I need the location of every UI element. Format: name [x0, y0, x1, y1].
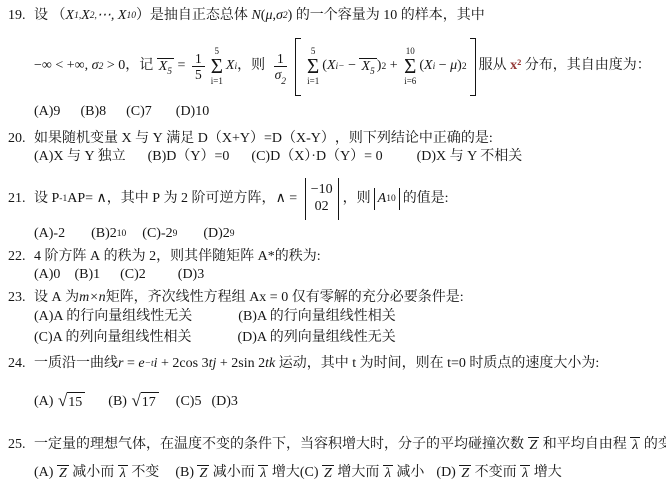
text-run: ，则: [343, 191, 371, 208]
question-24-statement: 一质沿一曲线r = e−ti + 2cos 3tj + 2sin 2tk 运动，…: [34, 356, 599, 373]
radical-glyph: √: [131, 392, 140, 412]
text-run: 一质沿一曲线: [34, 356, 118, 373]
text-run: (A)9: [34, 104, 60, 121]
text-run: (A)-2: [34, 226, 65, 243]
text-run: A*: [258, 249, 275, 266]
text-run: 设: [34, 191, 52, 208]
radicand: 15: [67, 392, 85, 412]
summation: 10Σi=6: [404, 47, 416, 87]
text-run: Z: [199, 466, 207, 481]
text-run: (C)-2: [142, 226, 172, 243]
overline-var: λ: [258, 465, 268, 482]
text-run: μ: [265, 8, 272, 25]
question-23: 23. 设 A 为m×n矩阵，齐次线性方程组 Ax = 0 仅有零解的充分必要条…: [8, 290, 662, 346]
text-run: 增大而: [334, 465, 383, 482]
text-run: X: [81, 8, 90, 25]
question-number: 23.: [8, 290, 34, 307]
text-run: (C): [300, 465, 322, 482]
text-run: P: [152, 191, 160, 208]
text-run: Y: [153, 131, 163, 148]
question-19: 19. 设 （X1,X2,⋯, X10）是抽自正态总体 N(μ,σ2) 的一个容…: [8, 8, 662, 121]
math-fraction: 15: [192, 51, 205, 82]
text-run: (C)D（X）·D（Y）= 0: [251, 149, 382, 166]
text-run: X: [118, 8, 127, 25]
text-run: ，记: [125, 58, 157, 75]
text-run: ，其中: [107, 191, 153, 208]
text-run: 不变而: [471, 465, 520, 482]
text-run: Z: [59, 466, 67, 481]
text-run: 的变化情况是:: [640, 437, 666, 454]
text-run: λ: [385, 466, 391, 481]
question-number: 21.: [8, 191, 34, 208]
question-23-options-row1: (A)A 的行向量组线性无关(B)A 的行向量组线性相关: [34, 309, 662, 326]
overline-var: Z: [197, 465, 209, 482]
text-run: tk: [265, 356, 275, 373]
question-20: 20. 如果随机变量 X 与 Y 满足 D（X+Y）=D（X-Y），则下列结论中…: [8, 131, 662, 167]
text-run: (C)A 的列向量组线性相关: [34, 330, 192, 347]
question-19-formula-line: −∞ < +∞, σ2 > 0，记 X5 = 155Σi=1Xi，则 1σ25Σ…: [34, 38, 662, 96]
determinant-abs: A10: [374, 188, 400, 211]
text-run: (D)3: [211, 394, 237, 411]
question-24-options-line: (A) √15(B) √17(C)5(D)3: [34, 392, 662, 412]
text-run: 如果随机变量: [34, 131, 122, 148]
question-number: 22.: [8, 249, 34, 266]
square-root: √15: [58, 392, 85, 412]
overline-var: Z: [459, 465, 471, 482]
question-23-options-ab: (A)A 的行向量组线性无关(B)A 的行向量组线性相关: [34, 309, 396, 326]
text-run: 减小: [393, 465, 425, 482]
text-run: Z: [530, 438, 538, 453]
text-run: (C)5: [176, 394, 202, 411]
matrix-row: 02: [315, 199, 329, 216]
text-run: X: [327, 58, 336, 75]
overline-var: Z: [322, 465, 334, 482]
text-run: +: [386, 58, 401, 75]
question-25-options: (A) Z 减小而 λ 不变(B) Z 减小而 λ 增大(C) Z 增大而 λ …: [34, 465, 562, 482]
text-run: A: [378, 191, 387, 208]
question-24-text-line: 24. 一质沿一曲线r = e−ti + 2cos 3tj + 2sin 2tk…: [8, 356, 662, 373]
text-run: σ: [275, 67, 282, 82]
text-run: λ: [120, 466, 126, 481]
text-run: λ: [632, 438, 638, 453]
exam-page: 19. 设 （X1,X2,⋯, X10）是抽自正态总体 N(μ,σ2) 的一个容…: [0, 0, 666, 486]
text-run: 分布，其自由度为：: [521, 58, 651, 75]
question-21-statement: 设 P-1AP= ∧，其中 P 为 2 阶可逆方阵，∧ = −1002，则A10…: [34, 178, 449, 220]
text-run: m×n: [79, 290, 106, 307]
question-number: 20.: [8, 131, 34, 148]
determinant-matrix: −1002: [305, 178, 339, 220]
text-run: (A)X 与 Y 独立: [34, 149, 126, 166]
matrix-row: −10: [311, 182, 333, 199]
text-run: 矩阵，齐次线性方程组: [106, 290, 250, 307]
chi-square-symbol: x²: [510, 58, 521, 75]
math-fraction: 1σ2: [272, 51, 289, 82]
left-bracket: [295, 38, 301, 96]
text-run: 4 阶方阵: [34, 249, 90, 266]
sigma-glyph: Σ: [307, 57, 319, 77]
question-25-options-line: (A) Z 减小而 λ 不变(B) Z 减小而 λ 增大(C) Z 增大而 λ …: [34, 465, 662, 482]
text-run: (D)X 与 Y 不相关: [417, 149, 523, 166]
question-number: 24.: [8, 356, 34, 373]
text-run: A: [52, 290, 62, 307]
text-run: + 2sin 2: [216, 356, 265, 373]
question-23-text-line: 23. 设 A 为m×n矩阵，齐次线性方程组 Ax = 0 仅有零解的充分必要条…: [8, 290, 662, 307]
text-run: λ: [260, 466, 266, 481]
fraction-numerator: 1: [274, 51, 287, 67]
text-run: N: [251, 8, 260, 25]
question-20-options: (A)X 与 Y 独立(B)D（Y）=0(C)D（X）·D（Y）= 0(D)X …: [34, 149, 522, 166]
text-run: 一定量的理想气体，在温度不变的条件下，当容积增大时，分子的平均碰撞次数: [34, 437, 528, 454]
text-run: X: [159, 59, 168, 74]
text-run: −: [435, 58, 450, 75]
sigma-glyph: Σ: [211, 57, 223, 77]
text-run: 仅有零解的充分必要条件是:: [288, 290, 463, 307]
question-22-text-line: 22. 4 阶方阵 A 的秩为 2，则其伴随矩阵 A*的秩为:: [8, 249, 662, 266]
text-run: 为: [62, 290, 80, 307]
text-run: X: [361, 59, 370, 74]
summation: 5Σi=1: [211, 47, 223, 87]
question-23-options-cd: (C)A 的列向量组线性相关(D)A 的列向量组线性无关: [34, 330, 396, 347]
text-run: (D): [436, 465, 459, 482]
text-run: 1: [195, 51, 202, 66]
text-run: =: [123, 356, 138, 373]
text-run: X: [424, 58, 433, 75]
question-24-options: (A) √15(B) √17(C)5(D)3: [34, 392, 238, 412]
text-run: > 0: [103, 58, 125, 75]
overline-var: λ: [630, 437, 640, 454]
sigma-glyph: Σ: [404, 57, 416, 77]
text-run: Ax = 0: [249, 290, 288, 307]
text-run: (B)D（Y）=0: [148, 149, 230, 166]
overline-var: λ: [118, 465, 128, 482]
text-run: X: [226, 58, 235, 75]
question-24: 24. 一质沿一曲线r = e−ti + 2cos 3tj + 2sin 2tk…: [8, 356, 662, 413]
question-25-statement: 一定量的理想气体，在温度不变的条件下，当容积增大时，分子的平均碰撞次数 Z 和平…: [34, 437, 666, 454]
text-run: (A)A 的行向量组线性无关: [34, 309, 192, 326]
radical-glyph: √: [58, 392, 67, 412]
question-22-options-line: (A)0(B)1(C)2(D)3: [34, 267, 662, 284]
text-run: Z: [461, 466, 469, 481]
summation-lower-limit: i=1: [211, 77, 223, 87]
text-run: e: [138, 356, 144, 373]
question-25: 25. 一定量的理想气体，在温度不变的条件下，当容积增大时，分子的平均碰撞次数 …: [8, 437, 662, 482]
text-run: AP= ∧: [67, 191, 107, 208]
text-run: (B)2: [91, 226, 117, 243]
text-run: ）是抽自正态总体: [136, 8, 252, 25]
question-21-text-line: 21. 设 P-1AP= ∧，其中 P 为 2 阶可逆方阵，∧ = −1002，…: [8, 178, 662, 220]
text-run: (B)1: [74, 267, 100, 284]
text-run: X: [66, 8, 75, 25]
text-run: (A): [34, 465, 57, 482]
text-run: −∞ < +∞,: [34, 58, 92, 75]
text-run: 设 （: [34, 8, 66, 25]
text-run: 减小而: [209, 465, 258, 482]
text-run: (D)2: [203, 226, 229, 243]
question-22: 22. 4 阶方阵 A 的秩为 2，则其伴随矩阵 A*的秩为: (A)0(B)1…: [8, 249, 662, 285]
right-bracket: [470, 38, 476, 96]
text-run: (B): [175, 465, 197, 482]
text-run: 5: [195, 67, 202, 82]
text-run: μ: [450, 58, 457, 75]
text-run: (C)2: [120, 267, 146, 284]
overline-var: Z: [528, 437, 540, 454]
text-run: X: [122, 131, 132, 148]
overline-var: X5: [157, 58, 174, 75]
text-run: 的值是:: [403, 191, 449, 208]
text-run: (C)7: [126, 104, 152, 121]
text-run: A: [90, 249, 100, 266]
question-19-text-line: 19. 设 （X1,X2,⋯, X10）是抽自正态总体 N(μ,σ2) 的一个容…: [8, 8, 662, 25]
text-run: 满足: [163, 131, 198, 148]
question-23-statement: 设 A 为m×n矩阵，齐次线性方程组 Ax = 0 仅有零解的充分必要条件是:: [34, 290, 464, 307]
question-19-options: (A)9(B)8(C)7(D)10: [34, 104, 209, 121]
question-number: 25.: [8, 437, 34, 454]
text-run: σ: [92, 58, 99, 75]
fraction-denominator: σ2: [272, 67, 289, 82]
summation-lower-limit: i=6: [404, 77, 416, 87]
overline-var: λ: [383, 465, 393, 482]
text-run: =: [174, 58, 189, 75]
text-run: (B)8: [80, 104, 106, 121]
text-run: (D)A 的列向量组线性无关: [238, 330, 396, 347]
text-run: 服从: [479, 58, 511, 75]
text-run: ∧ =: [276, 191, 301, 208]
text-run: 增大: [530, 465, 562, 482]
text-run: ⋯,: [97, 8, 118, 25]
question-21: 21. 设 P-1AP= ∧，其中 P 为 2 阶可逆方阵，∧ = −1002，…: [8, 178, 662, 242]
text-run: 5: [370, 67, 375, 77]
fraction-numerator: 1: [192, 51, 205, 67]
text-run: (A): [34, 394, 57, 411]
text-run: + 2cos 3: [158, 356, 209, 373]
text-run: P: [52, 191, 60, 208]
text-run: ，则: [237, 58, 269, 75]
text-run: (A)0: [34, 267, 60, 284]
question-21-options-line: (A)-2(B)210(C)-29(D)29: [34, 226, 662, 243]
fraction-denominator: 5: [192, 67, 205, 82]
text-run: Z: [324, 466, 332, 481]
text-run: 的一个容量为 10 的样本，其中: [292, 8, 485, 25]
text-run: 增大: [268, 465, 300, 482]
text-run: σ: [276, 8, 283, 25]
square-root: √17: [131, 392, 158, 412]
text-run: 设: [34, 290, 52, 307]
question-22-statement: 4 阶方阵 A 的秩为 2，则其伴随矩阵 A*的秩为:: [34, 249, 321, 266]
text-run: (B)A 的行向量组线性相关: [238, 309, 396, 326]
summation-lower-limit: i=1: [307, 77, 319, 87]
text-run: 不变: [128, 465, 160, 482]
text-run: D（X+Y）=D（X-Y）: [198, 131, 335, 148]
text-run: (D)3: [178, 267, 204, 284]
text-run: λ: [522, 466, 528, 481]
text-run: 与: [132, 131, 153, 148]
question-20-text-line: 20. 如果随机变量 X 与 Y 满足 D（X+Y）=D（X-Y），则下列结论中…: [8, 131, 662, 148]
text-run: 1: [277, 51, 284, 66]
text-run: 的秩为 2，则其伴随矩阵: [100, 249, 258, 266]
text-run: (D)10: [176, 104, 209, 121]
overline-var: λ: [520, 465, 530, 482]
question-19-options-line: (A)9(B)8(C)7(D)10: [34, 104, 662, 121]
text-run: 为 2 阶可逆方阵，: [160, 191, 276, 208]
text-run: −: [345, 58, 360, 75]
question-25-text-line: 25. 一定量的理想气体，在温度不变的条件下，当容积增大时，分子的平均碰撞次数 …: [8, 437, 662, 454]
text-run: 和平均自由程: [539, 437, 630, 454]
question-20-options-line: (A)X 与 Y 独立(B)D（Y）=0(C)D（X）·D（Y）= 0(D)X …: [34, 149, 662, 166]
question-19-formula: −∞ < +∞, σ2 > 0，记 X5 = 155Σi=1Xi，则 1σ25Σ…: [34, 38, 651, 96]
overline-var: X5: [359, 58, 376, 75]
text-run: 运动，其中 t 为时间，则在 t=0 时质点的速度大小为:: [275, 356, 599, 373]
question-19-statement: 设 （X1,X2,⋯, X10）是抽自正态总体 N(μ,σ2) 的一个容量为 1…: [34, 8, 485, 25]
question-20-statement: 如果随机变量 X 与 Y 满足 D（X+Y）=D（X-Y），则下列结论中正确的是…: [34, 131, 493, 148]
text-run: 的秩为:: [275, 249, 321, 266]
text-run: (B): [108, 394, 130, 411]
radicand: 17: [141, 392, 159, 412]
question-number: 19.: [8, 8, 34, 25]
summation: 5Σi=1: [307, 47, 319, 87]
text-run: 减小而: [69, 465, 118, 482]
text-run: ，则下列结论中正确的是:: [335, 131, 493, 148]
question-21-options: (A)-2(B)210(C)-29(D)29: [34, 226, 235, 243]
text-run: tj: [209, 356, 217, 373]
text-run: 5: [167, 67, 172, 77]
question-23-options-row2: (C)A 的列向量组线性相关(D)A 的列向量组线性无关: [34, 330, 662, 347]
question-22-options: (A)0(B)1(C)2(D)3: [34, 267, 204, 284]
overline-var: Z: [57, 465, 69, 482]
